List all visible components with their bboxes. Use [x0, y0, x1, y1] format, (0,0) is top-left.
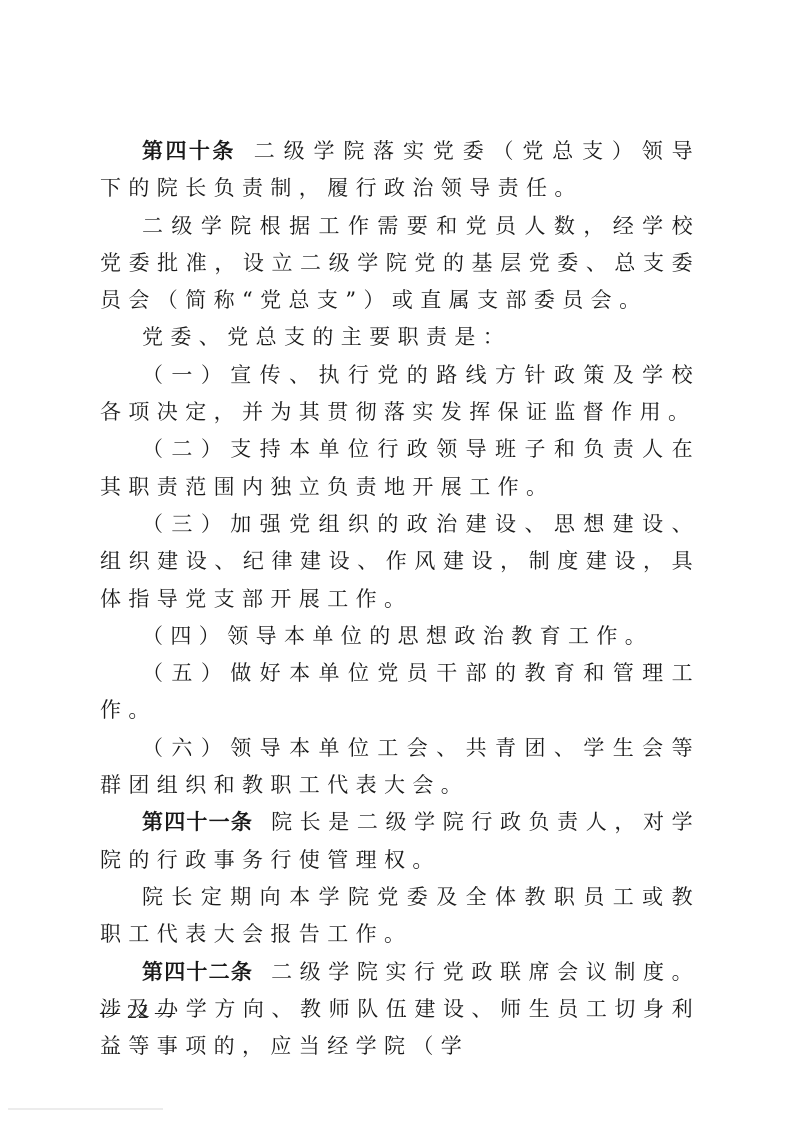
list-item: （一）宣传、执行党的路线方针政策及学校各项决定，并为其贯彻落实发挥保证监督作用。 [100, 357, 700, 432]
article-40-paragraph: 第四十条二级学院落实党委（党总支）领导下的院长负责制，履行政治领导责任。 [100, 133, 700, 208]
page-number-dash-right: — [155, 1001, 176, 1024]
paragraph: 党委、党总支的主要职责是： [100, 319, 700, 356]
article-heading: 第四十二条 [142, 960, 253, 984]
document-body: 第四十条二级学院落实党委（党总支）领导下的院长负责制，履行政治领导责任。 二级学… [100, 133, 700, 1065]
list-item: （二）支持本单位行政领导班子和负责人在其职责范围内独立负责地开展工作。 [100, 431, 700, 506]
paragraph-text: 院长定期向本学院党委及全体教职员工或教职工代表大会报告工作。 [100, 885, 700, 946]
list-item-text: （一）宣传、执行党的路线方针政策及学校各项决定，并为其贯彻落实发挥保证监督作用。 [100, 363, 700, 424]
paragraph: 二级学院根据工作需要和党员人数，经学校党委批准，设立二级学院党的基层党委、总支委… [100, 208, 700, 320]
list-item-text: （三）加强党组织的政治建设、思想建设、组织建设、纪律建设、作风建设，制度建设，具… [100, 512, 700, 611]
article-heading: 第四十一条 [142, 810, 253, 834]
paragraph-text: 二级学院根据工作需要和党员人数，经学校党委批准，设立二级学院党的基层党委、总支委… [100, 214, 700, 313]
document-page: 第四十条二级学院落实党委（党总支）领导下的院长负责制，履行政治领导责任。 二级学… [0, 0, 793, 1121]
list-item-text: （五）做好本单位党员干部的教育和管理工作。 [100, 661, 700, 722]
page-number-dash-left: — [100, 1001, 121, 1024]
list-item-text: （四）领导本单位的思想政治教育工作。 [142, 624, 653, 648]
list-item: （四）领导本单位的思想政治教育工作。 [100, 618, 700, 655]
article-heading: 第四十条 [142, 139, 236, 163]
list-item: （六）领导本单位工会、共青团、学生会等群团组织和教职工代表大会。 [100, 730, 700, 805]
article-42-paragraph: 第四十二条二级学院实行党政联席会议制度。涉及办学方向、教师队伍建设、师生员工切身… [100, 954, 700, 1066]
paragraph-text: 党委、党总支的主要职责是： [142, 325, 511, 349]
list-item-text: （二）支持本单位行政领导班子和负责人在其职责范围内独立负责地开展工作。 [100, 437, 700, 498]
page-number-value: 22 [127, 1001, 149, 1023]
article-41-paragraph: 第四十一条院长是二级学院行政负责人，对学院的行政事务行使管理权。 [100, 804, 700, 879]
list-item: （三）加强党组织的政治建设、思想建设、组织建设、纪律建设、作风建设，制度建设，具… [100, 506, 700, 618]
page-number: — 22 — [100, 1001, 176, 1024]
paragraph: 院长定期向本学院党委及全体教职员工或教职工代表大会报告工作。 [100, 879, 700, 954]
list-item-text: （六）领导本单位工会、共青团、学生会等群团组织和教职工代表大会。 [100, 736, 700, 797]
scan-edge-artifact [8, 1108, 163, 1110]
list-item: （五）做好本单位党员干部的教育和管理工作。 [100, 655, 700, 730]
